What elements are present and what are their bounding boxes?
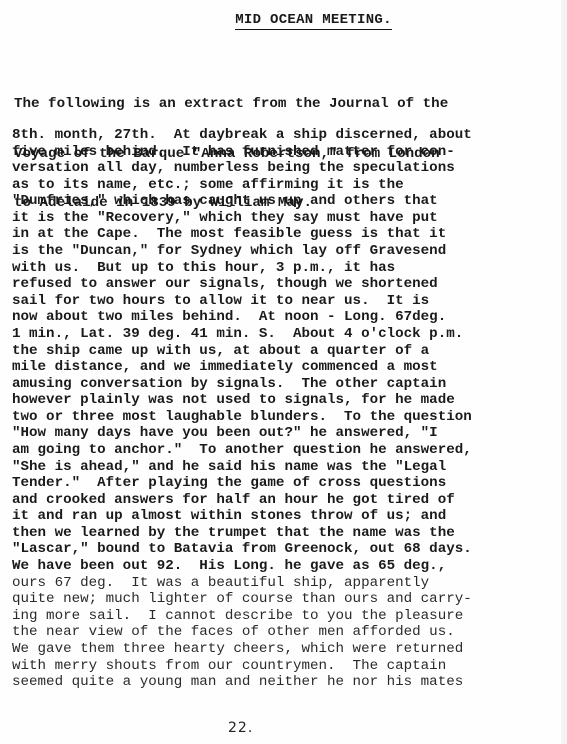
journal-line: then we learned by the trumpet that the …	[12, 525, 562, 542]
journal-line: now about two miles behind. At noon - Lo…	[12, 309, 562, 326]
journal-line: with merry shouts from our countrymen. T…	[12, 658, 562, 675]
journal-line: "How many days have you been out?" he an…	[12, 425, 562, 442]
journal-line: 8th. month, 27th. At daybreak a ship dis…	[12, 127, 562, 144]
page-number: 22.	[228, 720, 253, 736]
journal-line: We have been out 92. His Long. he gave a…	[12, 558, 562, 575]
journal-line: "She is ahead," and he said his name was…	[12, 459, 562, 476]
journal-line: mile distance, and we immediately commen…	[12, 359, 562, 376]
journal-line: 1 min., Lat. 39 deg. 41 min. S. About 4 …	[12, 326, 562, 343]
journal-line: quite new; much lighter of course than o…	[12, 591, 562, 608]
journal-line: refused to answer our signals, though we…	[12, 276, 562, 293]
journal-line: five miles behind. It has furnished matt…	[12, 144, 562, 161]
journal-line: as to its name, etc.; some affirming it …	[12, 177, 562, 194]
journal-line: the ship came up with us, at about a qua…	[12, 343, 562, 360]
journal-line: We gave them three hearty cheers, which …	[12, 641, 562, 658]
journal-line: two or three most laughable blunders. To…	[12, 409, 562, 426]
document-page: MID OCEAN MEETING. The following is an e…	[0, 0, 567, 744]
title-text: MID OCEAN MEETING.	[235, 12, 392, 30]
journal-line: "Lascar," bound to Batavia from Greenock…	[12, 541, 562, 558]
journal-line: and crooked answers for half an hour he …	[12, 492, 562, 509]
journal-line: with us. But up to this hour, 3 p.m., it…	[12, 260, 562, 277]
journal-line: is the "Duncan," for Sydney which lay of…	[12, 243, 562, 260]
journal-line: ing more sail. I cannot describe to you …	[12, 608, 562, 625]
journal-line: ours 67 deg. It was a beautiful ship, ap…	[12, 575, 562, 592]
journal-line: it is the "Recovery," which they say mus…	[12, 210, 562, 227]
journal-line: versation all day, numberless being the …	[12, 160, 562, 177]
journal-line: it and ran up almost within stones throw…	[12, 508, 562, 525]
document-title: MID OCEAN MEETING.	[0, 12, 567, 30]
journal-line: in at the Cape. The most feasible guess …	[12, 226, 562, 243]
journal-line: however plainly was not used to signals,…	[12, 392, 562, 409]
journal-line: seemed quite a young man and neither he …	[12, 674, 562, 691]
journal-line: Tender." After playing the game of cross…	[12, 475, 562, 492]
journal-line: sail for two hours to allow it to near u…	[12, 293, 562, 310]
intro-line: The following is an extract from the Jou…	[14, 96, 559, 113]
journal-line: amusing conversation by signals. The oth…	[12, 376, 562, 393]
journal-line: am going to anchor." To another question…	[12, 442, 562, 459]
journal-line: "Dumfries," which has caught us up and o…	[12, 193, 562, 210]
journal-entry: 8th. month, 27th. At daybreak a ship dis…	[12, 127, 562, 691]
journal-line: the near view of the faces of other men …	[12, 624, 562, 641]
